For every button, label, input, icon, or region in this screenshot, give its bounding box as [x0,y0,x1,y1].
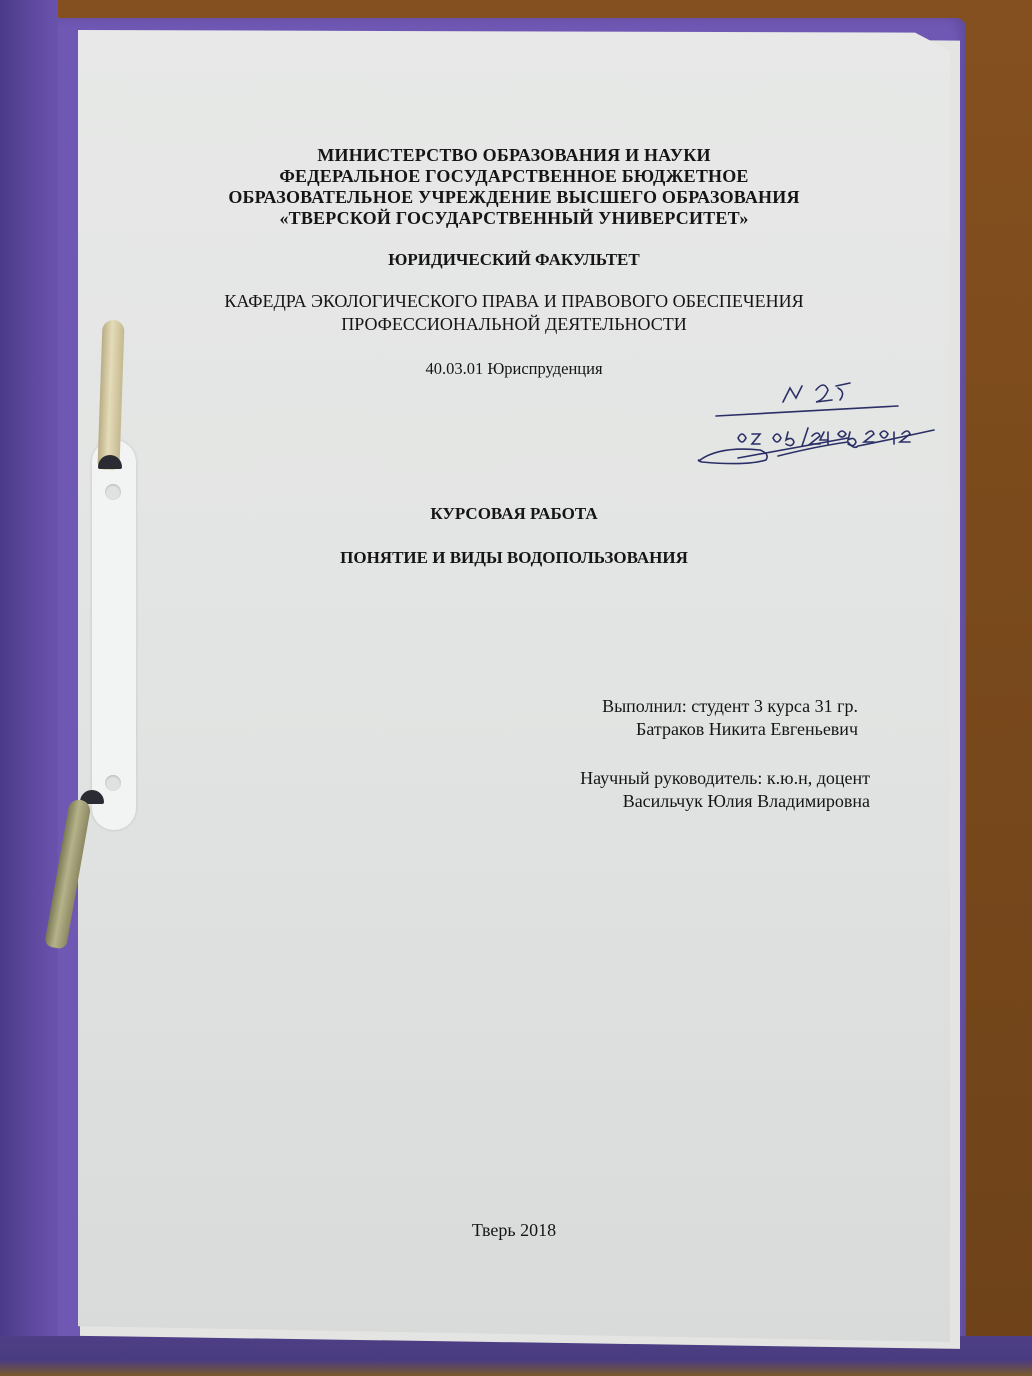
pen-signature [698,449,767,463]
author-block: Выполнил: студент 3 курса 31 гр. Батрако… [602,695,858,741]
coursework-title: ПОНЯТИЕ И ВИДЫ ВОДОПОЛЬЗОВАНИЯ [78,548,950,568]
city-year: Тверь 2018 [78,1220,950,1241]
supervisor-line: Научный руководитель: к.ю.н, доцент [580,767,870,790]
department-line: КАФЕДРА ЭКОЛОГИЧЕСКОГО ПРАВА И ПРАВОВОГО… [78,290,950,313]
binder-fastener-strip [92,440,136,830]
fastener-hole [105,775,121,791]
handwritten-registration-note [688,350,978,490]
title-page: МИНИСТЕРСТВО ОБРАЗОВАНИЯ И НАУКИ ФЕДЕРАЛ… [78,30,950,1342]
header-line: МИНИСТЕРСТВО ОБРАЗОВАНИЯ И НАУКИ [78,145,950,166]
fastener-hole [105,484,121,500]
photo-scene: МИНИСТЕРСТВО ОБРАЗОВАНИЯ И НАУКИ ФЕДЕРАЛ… [0,0,1032,1376]
faculty-name: ЮРИДИЧЕСКИЙ ФАКУЛЬТЕТ [78,250,950,270]
header-line: «ТВЕРСКОЙ ГОСУДАРСТВЕННЫЙ УНИВЕРСИТЕТ» [78,208,950,229]
author-line: Выполнил: студент 3 курса 31 гр. [602,695,858,718]
institution-header: МИНИСТЕРСТВО ОБРАЗОВАНИЯ И НАУКИ ФЕДЕРАЛ… [78,145,950,229]
department-name: КАФЕДРА ЭКОЛОГИЧЕСКОГО ПРАВА И ПРАВОВОГО… [78,290,950,336]
pen-number-mark [783,386,802,402]
folder-spine [0,0,58,1376]
document-type: КУРСОВАЯ РАБОТА [78,504,950,524]
supervisor-block: Научный руководитель: к.ю.н, доцент Васи… [580,767,870,813]
header-line: ОБРАЗОВАТЕЛЬНОЕ УЧРЕЖДЕНИЕ ВЫСШЕГО ОБРАЗ… [78,187,950,208]
pen-underline [716,406,898,416]
supervisor-name: Васильчук Юлия Владимировна [580,790,870,813]
department-line: ПРОФЕССИОНАЛЬНОЙ ДЕЯТЕЛЬНОСТИ [78,313,950,336]
header-line: ФЕДЕРАЛЬНОЕ ГОСУДАРСТВЕННОЕ БЮДЖЕТНОЕ [78,166,950,187]
document-content: МИНИСТЕРСТВО ОБРАЗОВАНИЯ И НАУКИ ФЕДЕРАЛ… [78,30,950,1342]
author-name: Батраков Никита Евгеньевич [602,718,858,741]
